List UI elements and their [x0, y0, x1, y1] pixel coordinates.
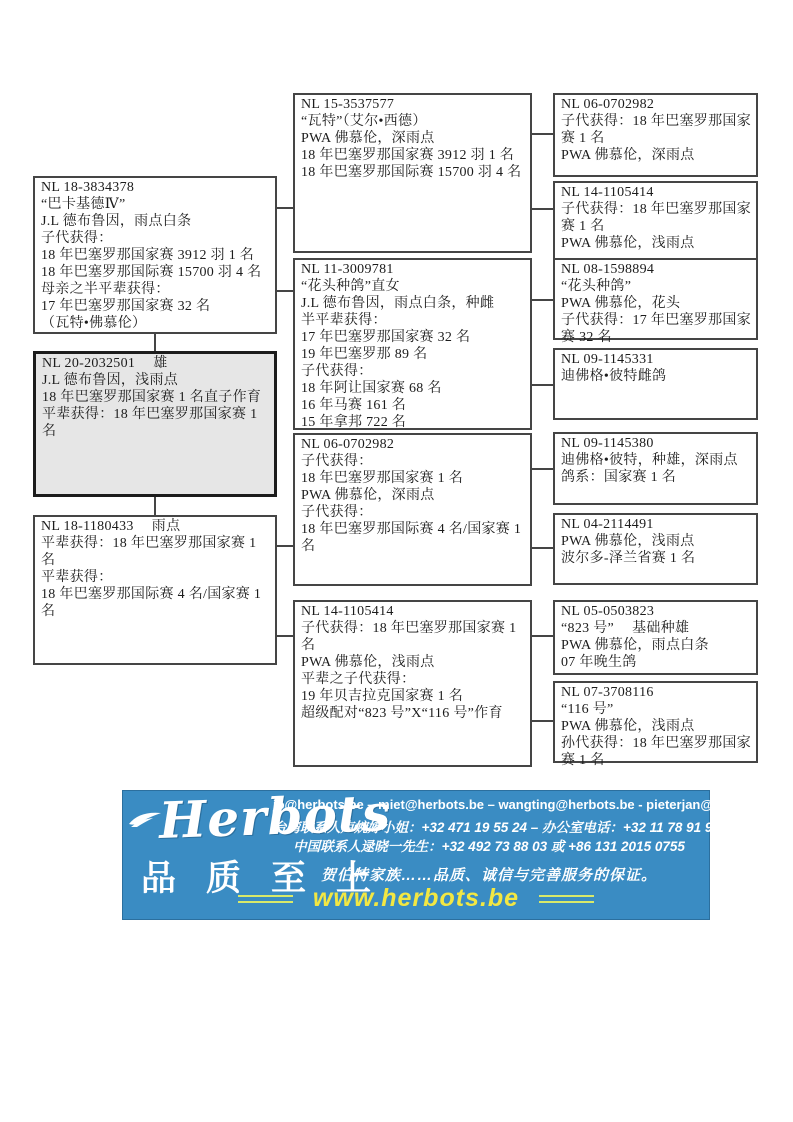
text-line: NL 11-3009781: [301, 261, 525, 278]
text-line: 迪佛格•彼特雌鸽: [561, 368, 751, 385]
pedigree-box-great-grandparent-5: NL 09-1145380迪佛格•彼特，种雄，深雨点鸽系：国家赛 1 名: [553, 432, 758, 505]
text-line: 17 年巴塞罗那国家赛 32 名: [301, 329, 525, 346]
pedigree-box-great-grandparent-3: NL 08-1598894“花头种鸽”PWA 佛慕伦，花头子代获得：17 年巴塞…: [553, 258, 758, 340]
text-line: 18 年巴塞罗那国家赛 1 名直子作育: [42, 389, 269, 406]
pedigree-box-dam: NL 18-1180433 雨点平辈获得：18 年巴塞罗那国家赛 1 名平辈获得…: [33, 515, 277, 665]
text-line: 平辈获得：: [41, 569, 270, 586]
text-line: 07 年晚生鸽: [561, 654, 751, 671]
text-line: PWA 佛慕伦，深雨点: [561, 147, 751, 164]
pedigree-box-paternal-granddam: NL 11-3009781“花头种鸽”直女J.L 德布鲁因，雨点白条，种雌半平辈…: [293, 258, 532, 430]
text-line: NL 15-3537577: [301, 96, 525, 113]
taiwan-contact: 台湾联系人卢婉婷小姐：+32 471 19 55 24 – 办公室电话：+32 …: [273, 816, 705, 836]
text-line: NL 09-1145331: [561, 351, 751, 368]
text-line: 孙代获得：18 年巴塞罗那国家赛 1 名: [561, 735, 751, 769]
text-line: （瓦特•佛慕伦）: [41, 315, 270, 332]
text-line: “823 号” 基础种雄: [561, 620, 751, 637]
text-line: 子代获得：18 年巴塞罗那国家赛 1 名: [561, 201, 751, 235]
text-line: 18 年巴塞罗那国家赛 3912 羽 1 名: [41, 247, 270, 264]
text-line: 平辈获得：18 年巴塞罗那国家赛 1 名: [41, 535, 270, 569]
connector-line: [532, 133, 553, 135]
text-line: NL 05-0503823: [561, 603, 751, 620]
text-line: 子代获得：: [301, 363, 525, 380]
text-line: PWA 佛慕伦，深雨点: [301, 487, 525, 504]
connector-line: [277, 545, 293, 547]
connector-line: [277, 207, 293, 209]
herbots-banner: Herbots 品质至上 jo@herbots.be – miet@herbot…: [122, 790, 710, 920]
text-line: 18 年巴塞罗那国际赛 15700 羽 4 名: [41, 264, 270, 281]
pedigree-box-maternal-grandsire: NL 06-0702982子代获得：18 年巴塞罗那国家赛 1 名PWA 佛慕伦…: [293, 433, 532, 586]
text-line: PWA 佛慕伦，浅雨点: [301, 654, 525, 671]
text-line: “116 号”: [561, 701, 751, 718]
text-line: 15 年拿邦 722 名: [301, 414, 525, 431]
website-url: www.herbots.be: [313, 884, 519, 913]
pedigree-box-great-grandparent-1: NL 06-0702982子代获得：18 年巴塞罗那国家赛 1 名PWA 佛慕伦…: [553, 93, 758, 177]
double-line-decoration: [238, 895, 293, 903]
text-line: 子代获得：18 年巴塞罗那国家赛 1 名: [301, 620, 525, 654]
contact-emails: jo@herbots.be – miet@herbots.be – wangti…: [273, 797, 705, 812]
connector-line: [277, 635, 293, 637]
pedigree-box-great-grandparent-6: NL 04-2114491PWA 佛慕伦，浅雨点波尔多-泽兰省赛 1 名: [553, 513, 758, 585]
text-line: PWA 佛慕伦，浅雨点: [561, 533, 751, 550]
connector-line: [532, 468, 553, 470]
text-line: 19 年贝吉拉克国家赛 1 名: [301, 688, 525, 705]
text-line: NL 07-3708116: [561, 684, 751, 701]
text-line: 子代获得：: [301, 453, 525, 470]
pedigree-box-subject: NL 20-2032501 雄J.L 德布鲁因，浅雨点18 年巴塞罗那国家赛 1…: [33, 351, 277, 497]
text-line: 子代获得：: [301, 504, 525, 521]
text-line: NL 04-2114491: [561, 516, 751, 533]
pedigree-box-maternal-granddam: NL 14-1105414子代获得：18 年巴塞罗那国家赛 1 名PWA 佛慕伦…: [293, 600, 532, 767]
text-line: PWA 佛慕伦，浅雨点: [561, 718, 751, 735]
text-line: 波尔多-泽兰省赛 1 名: [561, 550, 751, 567]
text-line: 19 年巴塞罗那 89 名: [301, 346, 525, 363]
connector-line: [532, 635, 553, 637]
text-line: 18 年巴塞罗那国家赛 1 名: [301, 470, 525, 487]
text-line: NL 14-1105414: [301, 603, 525, 620]
text-line: 子代获得：18 年巴塞罗那国家赛 1 名: [561, 113, 751, 147]
text-line: NL 06-0702982: [301, 436, 525, 453]
text-line: J.L 德布鲁因，雨点白条: [41, 213, 270, 230]
pedigree-box-great-grandparent-8: NL 07-3708116“116 号”PWA 佛慕伦，浅雨点孙代获得：18 年…: [553, 681, 758, 763]
text-line: 子代获得：: [41, 230, 270, 247]
pedigree-box-paternal-grandsire: NL 15-3537577“瓦特”（艾尔•西德）PWA 佛慕伦，深雨点18 年巴…: [293, 93, 532, 253]
text-line: PWA 佛慕伦，雨点白条: [561, 637, 751, 654]
text-line: J.L 德布鲁因，浅雨点: [42, 372, 269, 389]
text-line: “巴卡基德Ⅳ”: [41, 196, 270, 213]
pedigree-box-great-grandparent-4: NL 09-1145331迪佛格•彼特雌鸽: [553, 348, 758, 420]
text-line: NL 18-3834378: [41, 179, 270, 196]
text-line: 18 年巴塞罗那国家赛 3912 羽 1 名: [301, 147, 525, 164]
text-line: 18 年阿让国家赛 68 名: [301, 380, 525, 397]
text-line: “花头种鸽”直女: [301, 278, 525, 295]
connector-line: [532, 384, 553, 386]
text-line: NL 18-1180433 雨点: [41, 518, 270, 535]
connector-line: [532, 547, 553, 549]
text-line: 超级配对“823 号”X“116 号”作育: [301, 705, 525, 722]
text-line: NL 06-0702982: [561, 96, 751, 113]
text-line: 17 年巴塞罗那国家赛 32 名: [41, 298, 270, 315]
connector-line: [277, 290, 293, 292]
text-line: 平辈之子代获得：: [301, 671, 525, 688]
text-line: PWA 佛慕伦，深雨点: [301, 130, 525, 147]
text-line: 18 年巴塞罗那国际赛 4 名/国家赛 1 名: [301, 521, 525, 555]
text-line: 18 年巴塞罗那国际赛 4 名/国家赛 1 名: [41, 586, 270, 620]
pedigree-box-great-grandparent-7: NL 05-0503823“823 号” 基础种雄PWA 佛慕伦，雨点白条07 …: [553, 600, 758, 675]
text-line: “花头种鸽”: [561, 278, 751, 295]
text-line: 半平辈获得：: [301, 312, 525, 329]
text-line: PWA 佛慕伦，花头: [561, 295, 751, 312]
text-line: 18 年巴塞罗那国际赛 15700 羽 4 名: [301, 164, 525, 181]
text-line: NL 08-1598894: [561, 261, 751, 278]
text-line: NL 20-2032501 雄: [42, 355, 269, 372]
text-line: 子代获得：17 年巴塞罗那国家赛 32 名: [561, 312, 751, 346]
text-line: 鸽系：国家赛 1 名: [561, 469, 751, 486]
website-row: www.herbots.be: [123, 884, 709, 913]
text-line: J.L 德布鲁因，雨点白条，种雌: [301, 295, 525, 312]
wing-icon: [127, 809, 163, 838]
text-line: 16 年马赛 161 名: [301, 397, 525, 414]
text-line: NL 14-1105414: [561, 184, 751, 201]
text-line: NL 09-1145380: [561, 435, 751, 452]
connector-line: [532, 720, 553, 722]
connector-line: [532, 299, 553, 301]
banner-tagline: 贺伯特家族……品质、诚信与完善服务的保证。: [273, 864, 705, 885]
double-line-decoration: [539, 895, 594, 903]
text-line: “瓦特”（艾尔•西德）: [301, 113, 525, 130]
text-line: 迪佛格•彼特，种雄，深雨点: [561, 452, 751, 469]
connector-line: [532, 208, 553, 210]
pedigree-box-great-grandparent-2: NL 14-1105414子代获得：18 年巴塞罗那国家赛 1 名PWA 佛慕伦…: [553, 181, 758, 265]
connector-line: [154, 334, 156, 351]
pedigree-box-sire: NL 18-3834378“巴卡基德Ⅳ”J.L 德布鲁因，雨点白条子代获得：18…: [33, 176, 277, 334]
china-contact: 中国联系人逯晓一先生：+32 492 73 88 03 或 +86 131 20…: [273, 835, 705, 855]
connector-line: [154, 497, 156, 515]
text-line: 平辈获得：18 年巴塞罗那国家赛 1 名: [42, 406, 269, 440]
text-line: PWA 佛慕伦，浅雨点: [561, 235, 751, 252]
text-line: 母亲之半平辈获得：: [41, 281, 270, 298]
pedigree-page: NL 18-3834378“巴卡基德Ⅳ”J.L 德布鲁因，雨点白条子代获得：18…: [0, 0, 793, 1122]
